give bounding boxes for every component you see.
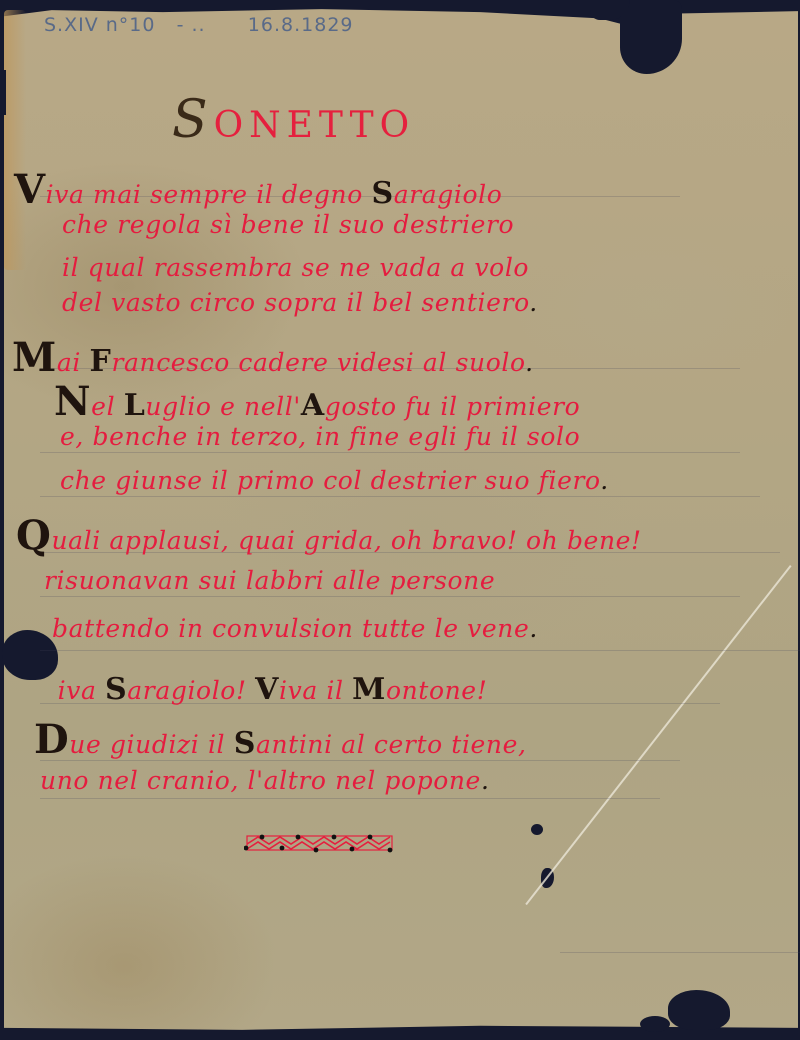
verse-text: che regola sì bene il suo destriero: [62, 210, 514, 239]
verse-line: uno nel cranio, l'altro nel popone.: [40, 766, 490, 795]
period: .: [481, 766, 490, 795]
verse-line: battendo in convulsion tutte le vene.: [52, 614, 538, 643]
edge-stain: [4, 10, 26, 270]
verse-text: gosto fu il primiero: [325, 392, 581, 421]
period: .: [525, 348, 534, 377]
period: .: [529, 614, 538, 643]
black-capital: S: [234, 726, 256, 761]
black-capital: S: [371, 176, 393, 211]
page-title: SONETTO: [172, 90, 415, 150]
drop-cap: Q: [16, 512, 51, 559]
black-capital: L: [124, 388, 146, 423]
verse-text: il qual rassembra se ne vada a volo: [62, 253, 529, 282]
archive-reference: S.XIV n°10 - .. 16.8.1829: [44, 14, 354, 36]
verse-text: uglio e nell': [145, 392, 300, 421]
verse-text: antini al certo tiene,: [256, 730, 527, 759]
verse-text: rancesco cadere videsi al suolo: [111, 348, 525, 377]
verse-line: risuonavan sui labbri alle persone: [44, 566, 495, 595]
ruling-line: [560, 952, 800, 953]
verse-line: Nel Luglio e nell'Agosto fu il primiero: [54, 378, 580, 425]
verse-line: Due giudizi il Santini al certo tiene,: [34, 716, 527, 763]
period: .: [529, 288, 538, 317]
black-capital: M: [352, 672, 386, 707]
verse-text: ue giudizi il: [69, 730, 233, 759]
ruling-line: [40, 496, 760, 497]
drop-cap: M: [12, 334, 57, 381]
verse-line: che regola sì bene il suo destriero: [62, 210, 514, 239]
black-capital: S: [105, 672, 127, 707]
ruling-line: [40, 596, 740, 597]
verse-text: ontone!: [386, 676, 487, 705]
verse-text: ai: [57, 348, 90, 377]
paper-hole: [531, 824, 543, 835]
verse-line: Viva Saragiolo! Viva il Montone!: [26, 662, 487, 709]
verse-text: aragiolo: [394, 180, 503, 209]
verse-text: iva il: [279, 676, 352, 705]
paper-hole: [640, 1016, 670, 1032]
verse-text: del vasto circo sopra il bel sentiero: [62, 288, 529, 317]
verse-line: Mai Francesco cadere videsi al suolo.: [12, 334, 534, 381]
black-capital: V: [255, 672, 279, 707]
verse-line: e, benche in terzo, in fine egli fu il s…: [60, 422, 580, 451]
verse-text: uali applausi, quai grida, oh bravo! oh …: [51, 526, 641, 555]
verse-line: che giunse il primo col destrier suo fie…: [60, 466, 609, 495]
ruling-line: [40, 650, 800, 651]
verse-text: battendo in convulsion tutte le vene: [52, 614, 529, 643]
drop-cap: N: [54, 378, 91, 425]
ruling-line: [40, 452, 740, 453]
drop-cap: D: [34, 716, 69, 763]
title-initial: S: [172, 90, 214, 150]
ruling-line: [40, 798, 660, 799]
verse-line: del vasto circo sopra il bel sentiero.: [62, 288, 538, 317]
verse-line: Viva mai sempre il degno Saragiolo: [14, 166, 502, 213]
verse-text: risuonavan sui labbri alle persone: [44, 566, 495, 595]
decorative-ornament: [244, 832, 394, 854]
verse-text: uno nel cranio, l'altro nel popone: [40, 766, 481, 795]
verse-text: el: [91, 392, 124, 421]
black-capital: A: [301, 388, 325, 423]
verse-text: iva: [58, 676, 105, 705]
verse-text: che giunse il primo col destrier suo fie…: [60, 466, 600, 495]
verse-line: il qual rassembra se ne vada a volo: [62, 253, 529, 282]
period: .: [600, 466, 609, 495]
title-rest: ONETTO: [214, 105, 416, 146]
verse-line: Quali applausi, quai grida, oh bravo! oh…: [16, 512, 642, 559]
paper-hole: [0, 70, 6, 115]
paper-hole: [668, 990, 730, 1030]
black-capital: F: [90, 344, 112, 379]
verse-text: e, benche in terzo, in fine egli fu il s…: [60, 422, 580, 451]
verse-text: aragiolo!: [127, 676, 255, 705]
drop-cap: V: [14, 166, 46, 213]
verse-text: iva mai sempre il degno: [46, 180, 372, 209]
